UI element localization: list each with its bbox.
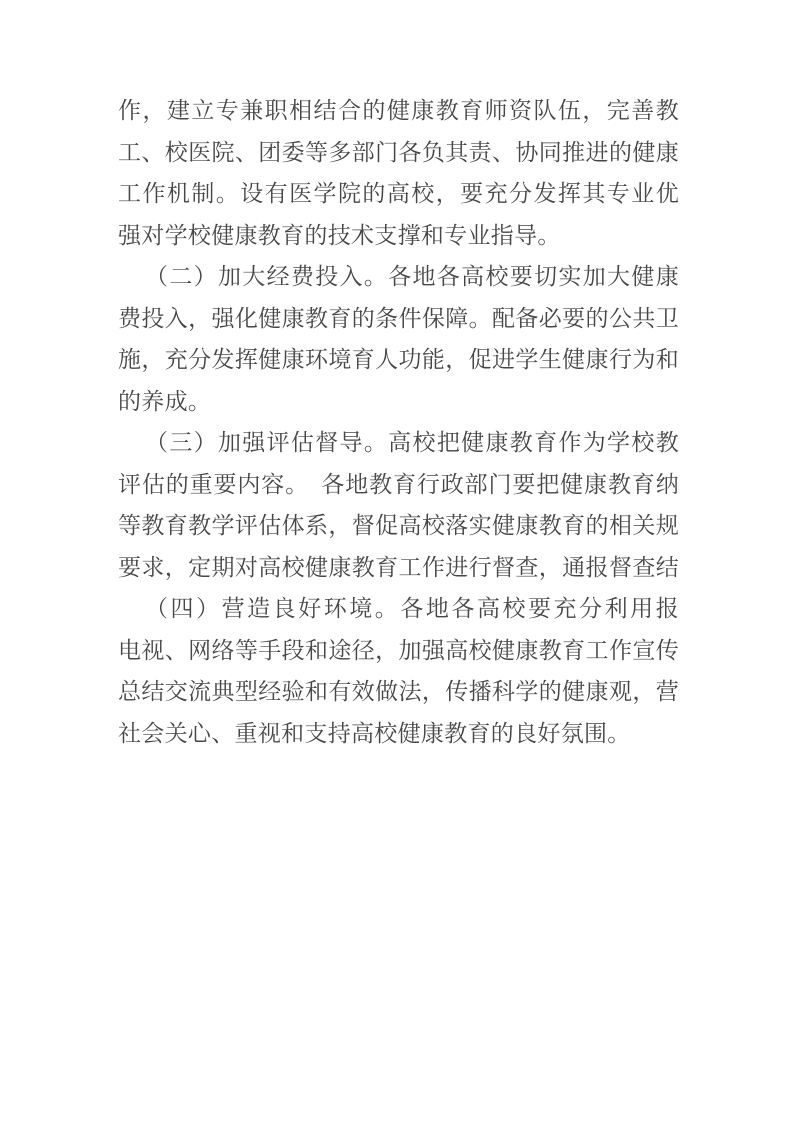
text-line: 的养成。	[118, 381, 679, 423]
text-line: （二）加大经费投入。各地各高校要切实加大健康教育经	[118, 256, 679, 298]
text-line: 要求，定期对高校健康教育工作进行督查，通报督查结果。	[118, 547, 679, 589]
text-line: 工作机制。设有医学院的高校，要充分发挥其专业优势，加	[118, 173, 679, 215]
text-line: （四）营造良好环境。各地各高校要充分利用报刊、广播、	[118, 588, 679, 630]
document-page: 作，建立专兼职相结合的健康教育师资队伍，完善教务、学 工、校医院、团委等多部门各…	[0, 0, 793, 1122]
text-line: 社会关心、重视和支持高校健康教育的良好氛围。	[118, 713, 679, 755]
text-line: 总结交流典型经验和有效做法，传播科学的健康观，营造全	[118, 671, 679, 713]
text-line: 评估的重要内容。 各地教育行政部门要把健康教育纳入高	[118, 464, 679, 506]
text-line: 工、校医院、团委等多部门各负其责、协同推进的健康教育	[118, 132, 679, 174]
paragraph-item-3: （三）加强评估督导。高校把健康教育作为学校教育教学 评估的重要内容。 各地教育行…	[118, 422, 679, 588]
paragraph-continuation: 作，建立专兼职相结合的健康教育师资队伍，完善教务、学 工、校医院、团委等多部门各…	[118, 90, 679, 256]
text-line: 电视、网络等手段和途径，加强高校健康教育工作宣传力度，	[118, 630, 679, 672]
text-line: 强对学校健康教育的技术支撑和专业指导。	[118, 215, 679, 257]
paragraph-item-2: （二）加大经费投入。各地各高校要切实加大健康教育经 费投入，强化健康教育的条件保…	[118, 256, 679, 422]
text-line: 作，建立专兼职相结合的健康教育师资队伍，完善教务、学	[118, 90, 679, 132]
text-line: 施，充分发挥健康环境育人功能，促进学生健康行为和习惯	[118, 339, 679, 381]
text-line: 费投入，强化健康教育的条件保障。配备必要的公共卫生设	[118, 298, 679, 340]
body-text: 作，建立专兼职相结合的健康教育师资队伍，完善教务、学 工、校医院、团委等多部门各…	[118, 90, 679, 754]
text-line: 等教育教学评估体系，督促高校落实健康教育的相关规定和	[118, 505, 679, 547]
paragraph-item-4: （四）营造良好环境。各地各高校要充分利用报刊、广播、 电视、网络等手段和途径，加…	[118, 588, 679, 754]
text-line: （三）加强评估督导。高校把健康教育作为学校教育教学	[118, 422, 679, 464]
